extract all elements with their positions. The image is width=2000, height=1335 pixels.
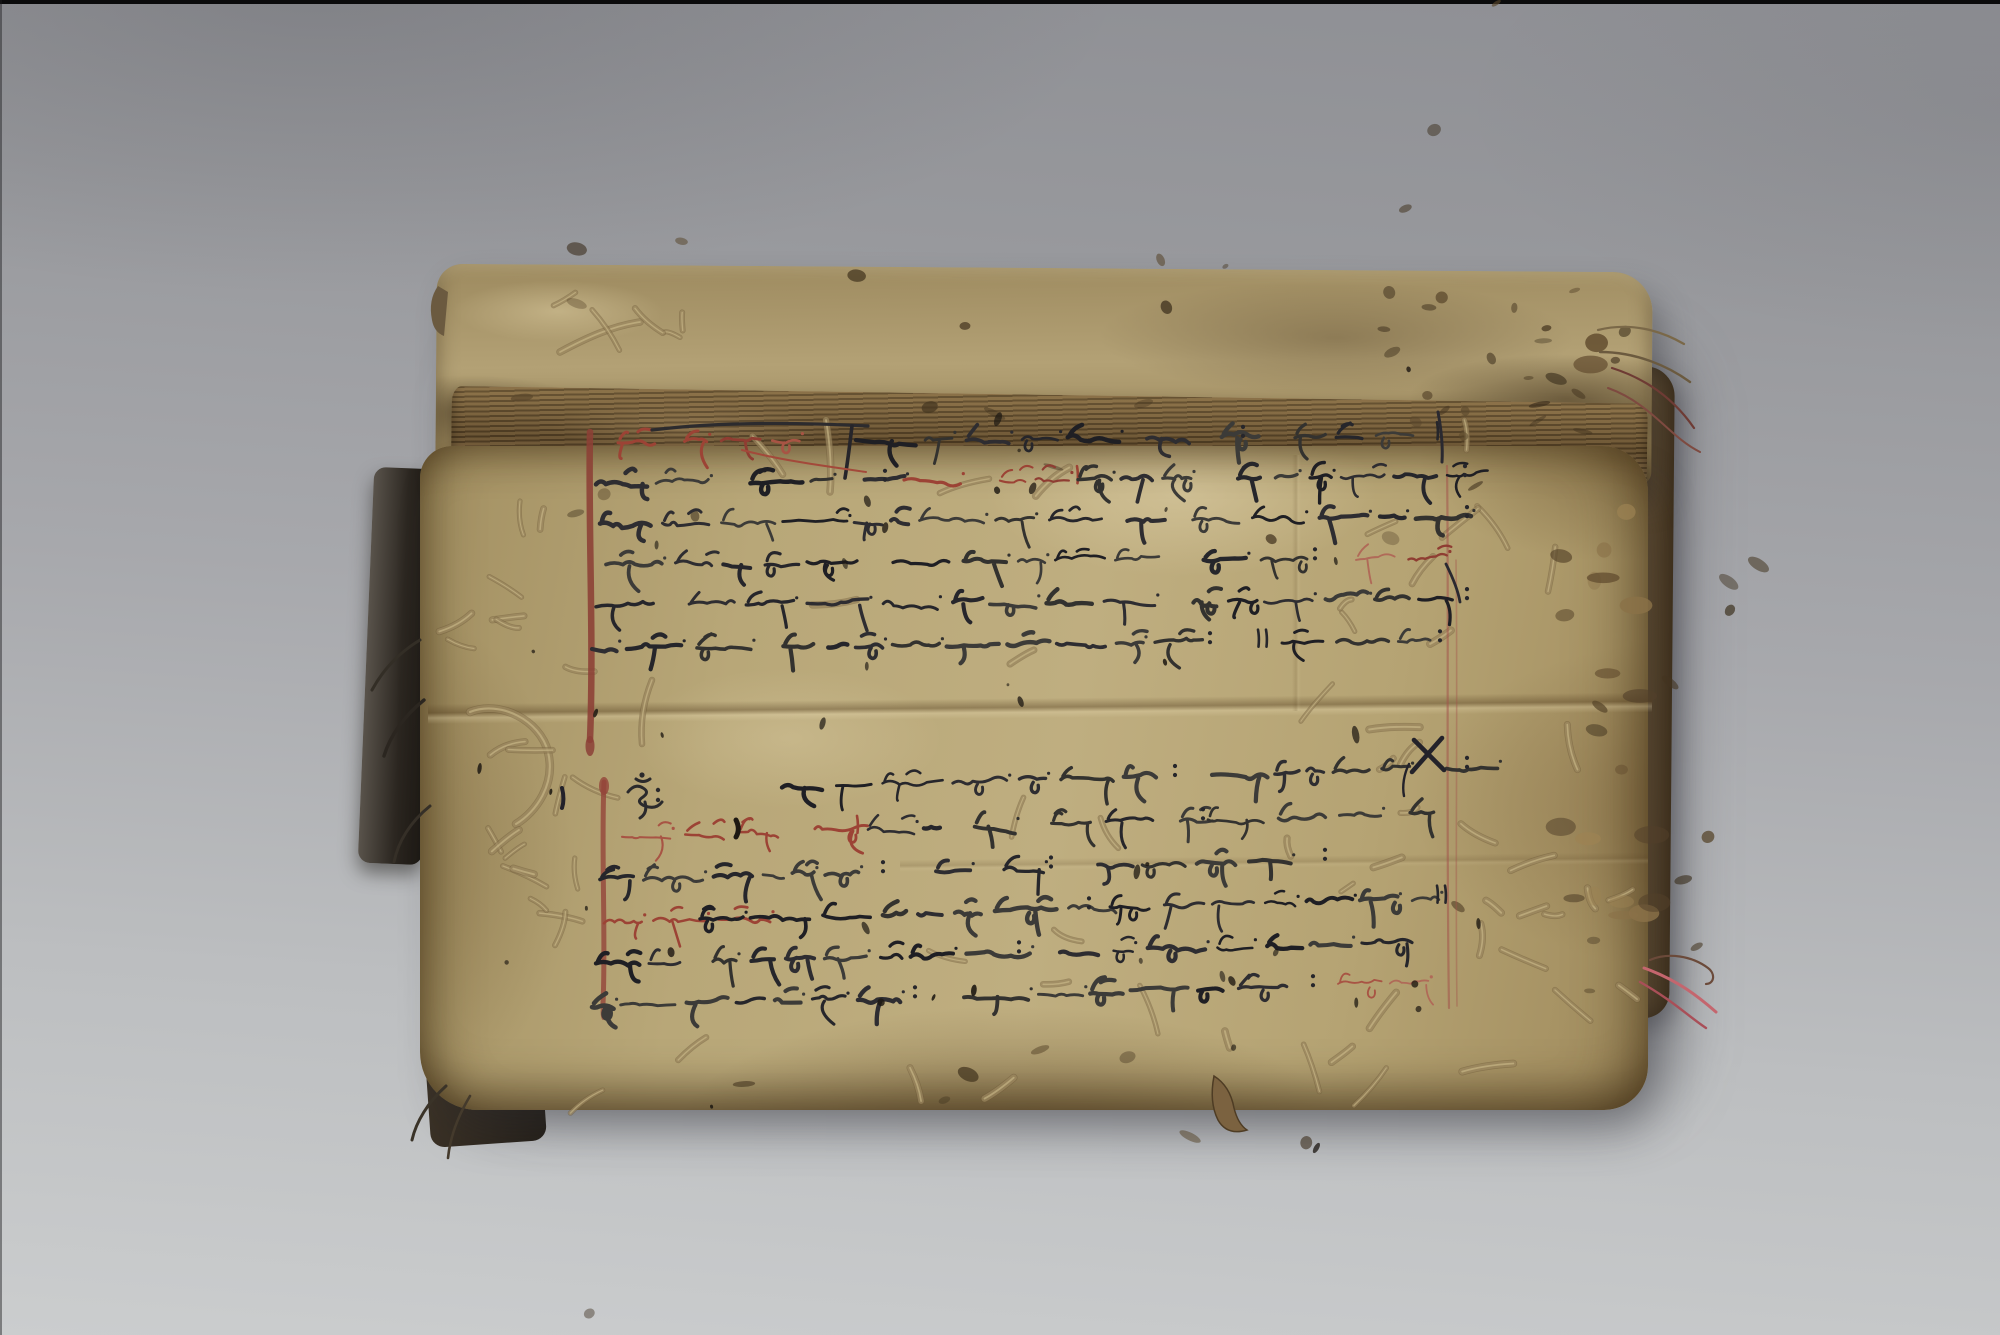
photo-top-border (0, 0, 2000, 4)
photograph-scene (0, 0, 2000, 1335)
upper-text-panel (585, 420, 1465, 670)
photo-left-border (0, 0, 2, 1335)
lower-text-panel (585, 765, 1465, 1025)
